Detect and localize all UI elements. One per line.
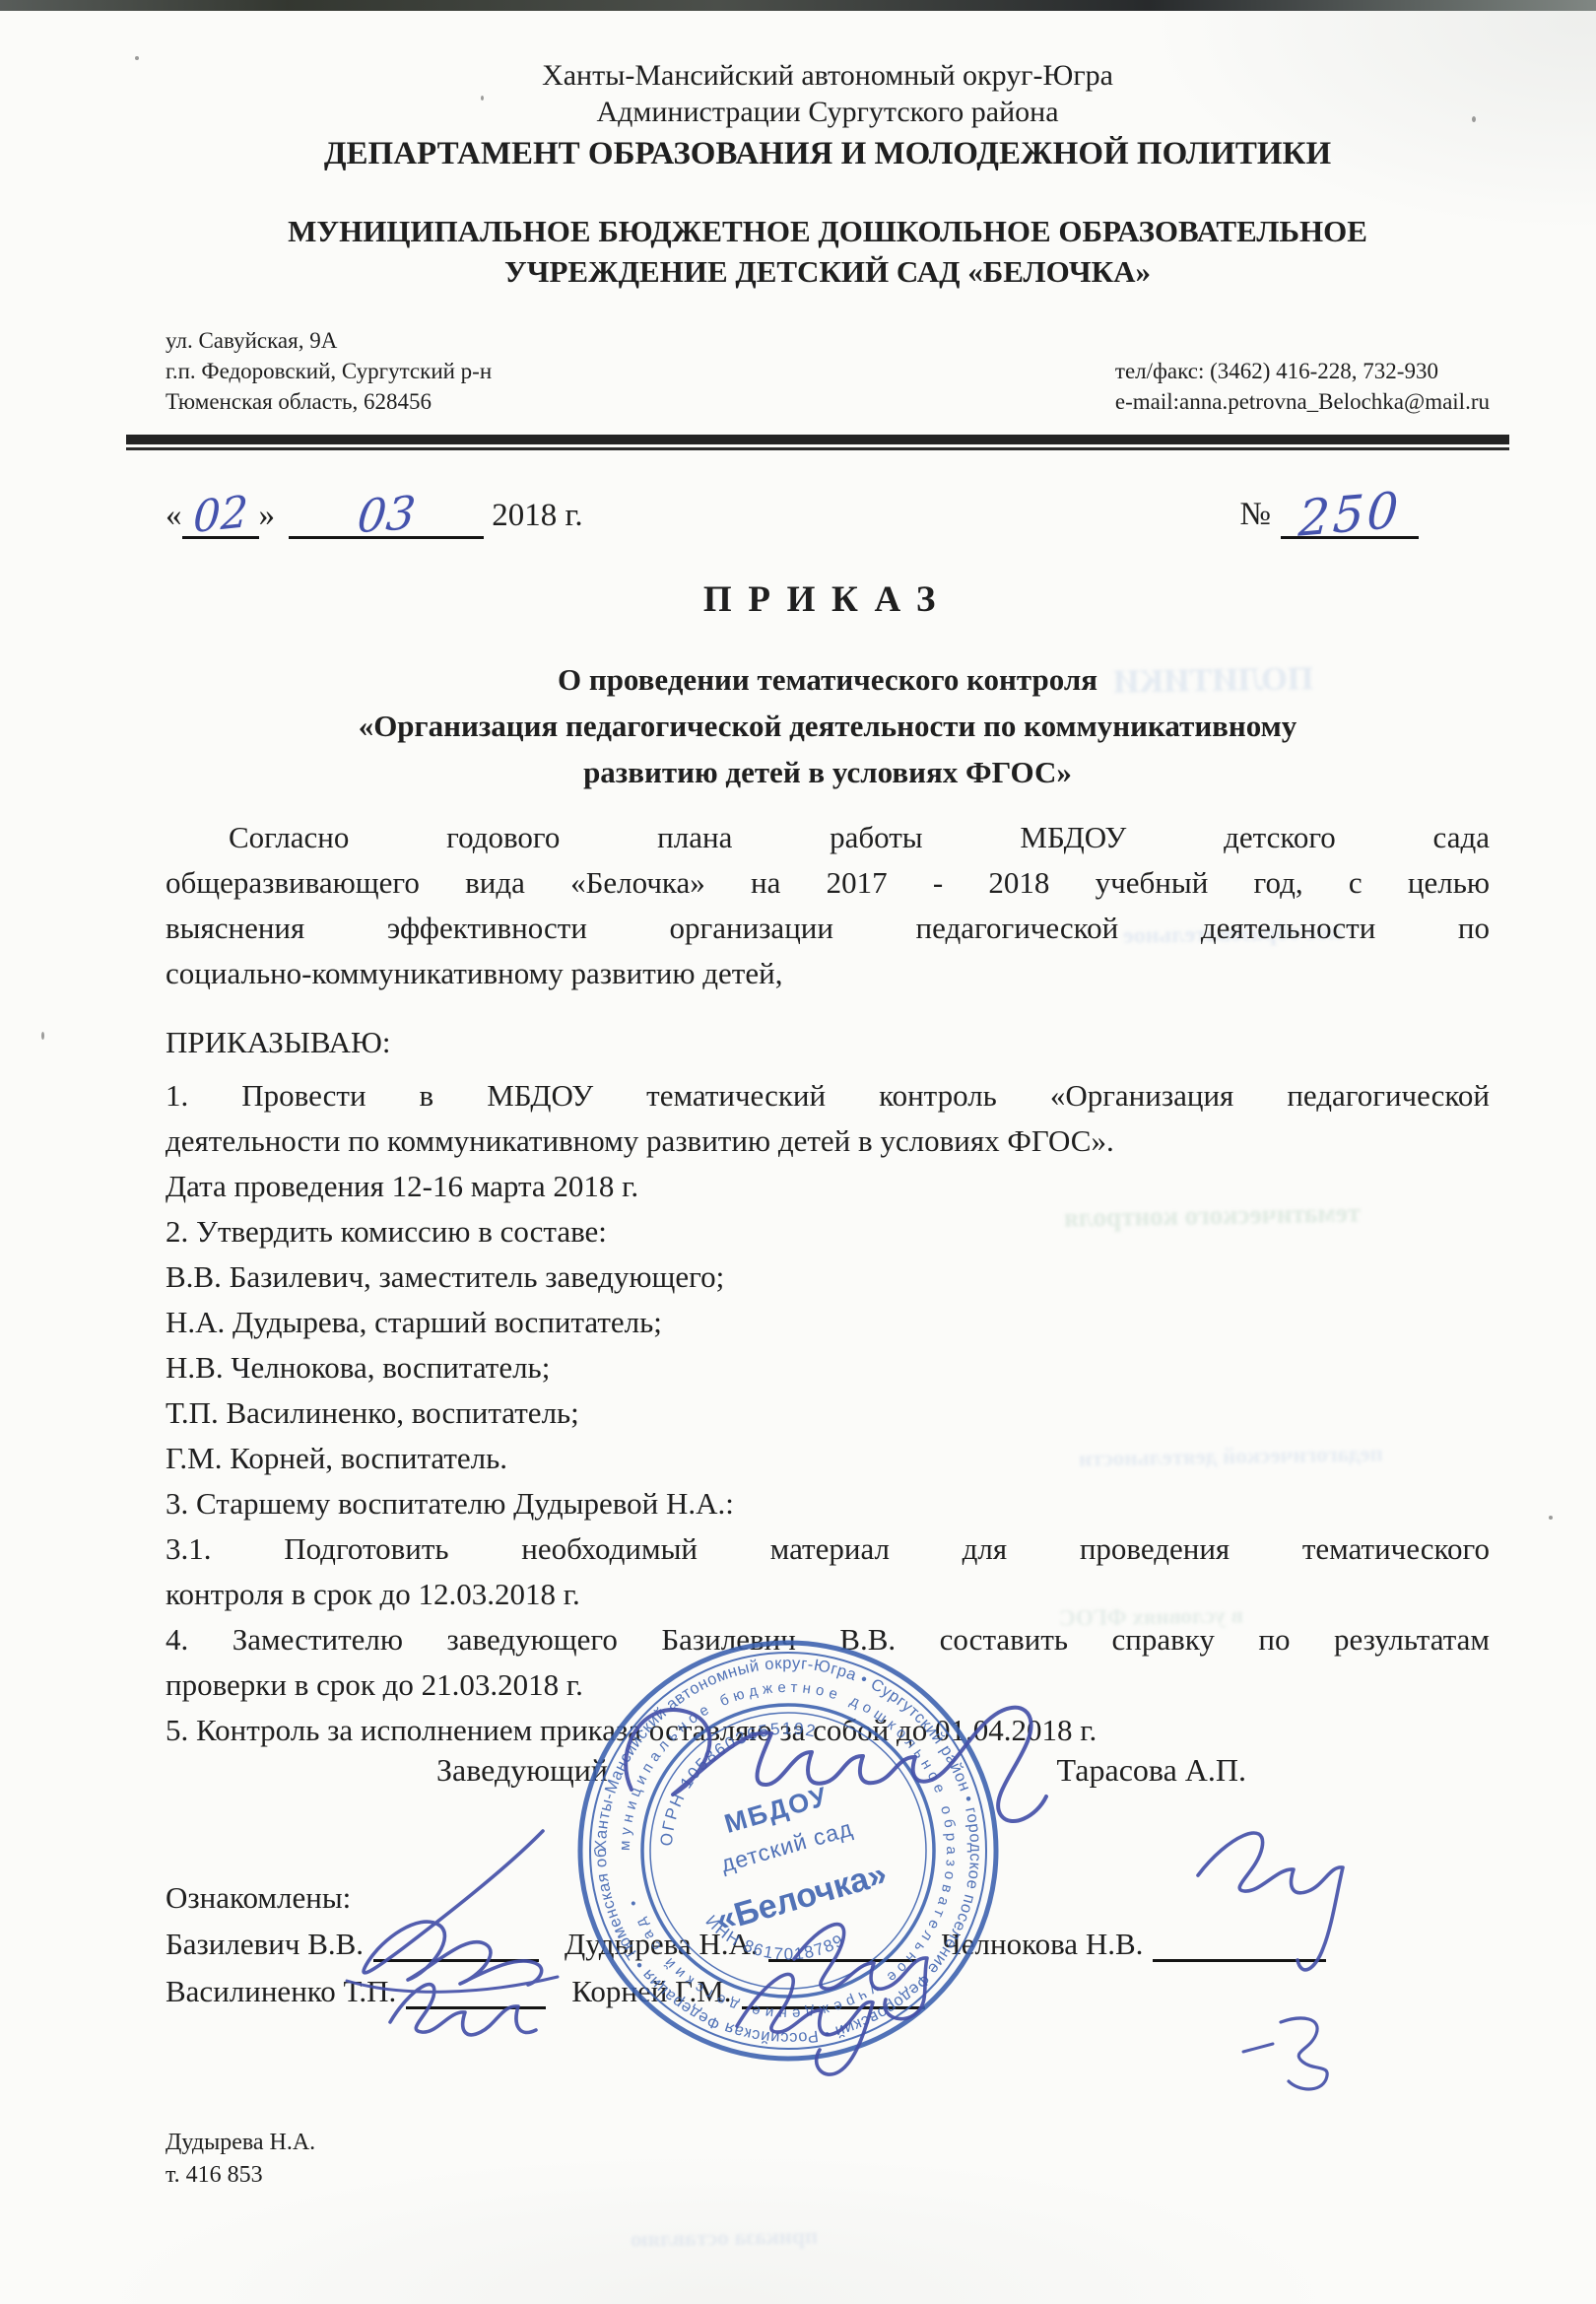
scan-speck [135, 56, 139, 60]
organization-name: МУНИЦИПАЛЬНОЕ БЮДЖЕТНОЕ ДОШКОЛЬНОЕ ОБРАЗ… [166, 211, 1490, 292]
intro-line: выяснения эффективности организации педа… [166, 906, 1490, 951]
signature-underline [373, 1924, 539, 1962]
intro-line: Согласно годового плана работы МБДОУ дет… [166, 815, 1490, 860]
address-block: ул. Савуйская, 9А г.п. Федоровский, Сург… [166, 325, 1490, 417]
intro-line: общеразвивающего вида «Белочка» на 2017 … [166, 860, 1490, 906]
number-slot: 250 [1281, 479, 1419, 539]
document-number: №250 [1240, 479, 1420, 539]
scan-speck [1549, 1516, 1553, 1520]
order-line: 2. Утвердить комиссию в составе: [166, 1209, 1490, 1254]
scanner-edge-artifact [0, 0, 1596, 11]
subject-line: развитию детей в условиях ФГОС» [166, 749, 1490, 795]
executor-block: Дудырева Н.А. т. 416 853 [166, 2127, 315, 2192]
email-line: e-mail:anna.petrovna_Belochka@mail.ru [1115, 386, 1490, 417]
department-line: ДЕПАРТАМЕНТ ОБРАЗОВАНИЯ И МОЛОДЕЖНОЙ ПОЛ… [166, 132, 1490, 175]
quote-open: « [166, 498, 182, 533]
order-line: Н.В. Челнокова, воспитатель; [166, 1345, 1490, 1390]
handwritten-month: 03 [355, 486, 418, 544]
scan-speck [481, 96, 484, 101]
acknowledged-label: Ознакомлены: [166, 1880, 351, 1916]
phone-fax-line: тел/факс: (3462) 416-228, 732-930 [1115, 356, 1490, 386]
order-line: Г.М. Корней, воспитатель. [166, 1436, 1490, 1481]
order-line: В.В. Базилевич, заместитель заведующего; [166, 1254, 1490, 1300]
signature-underline [406, 1971, 546, 2009]
order-line: Н.А. Дудырева, старший воспитатель; [166, 1300, 1490, 1345]
signature-chelnokova [1281, 2018, 1327, 2089]
day-slot: 02 [182, 486, 259, 539]
executor-phone: т. 416 853 [166, 2159, 315, 2192]
handwritten-number: 250 [1297, 481, 1402, 548]
order-line: Т.П. Василиненко, воспитатель; [166, 1390, 1490, 1436]
executor-name: Дудырева Н.А. [166, 2127, 315, 2159]
official-stamp: Ханты-Мансийский автономный округ-Югра •… [562, 1624, 1015, 2077]
separator-rule [126, 435, 1509, 450]
signature-chelnokova [1243, 2044, 1273, 2052]
postal-address: ул. Савуйская, 9А г.п. Федоровский, Сург… [166, 325, 492, 417]
resolve-heading: ПРИКАЗЫВАЮ: [166, 1020, 1490, 1065]
order-line: 3. Старшему воспитателю Дудыревой Н.А.: [166, 1481, 1490, 1526]
settlement-line: г.п. Федоровский, Сургутский р-н [166, 356, 492, 386]
letterhead: Ханты-Мансийский автономный округ-Югра А… [166, 57, 1490, 175]
order-line: 3.1. Подготовить необходимый материал дл… [166, 1526, 1490, 1572]
scan-speck [1472, 116, 1476, 122]
order-line: деятельности по коммуникативному развити… [166, 1118, 1490, 1164]
month-slot: 03 [289, 483, 484, 539]
document-title: ПРИКАЗ [166, 578, 1490, 621]
signature-underline [1153, 1924, 1326, 1962]
order-line: контроля в срок до 12.03.2018 г. [166, 1572, 1490, 1617]
dateline: «02»03 2018 г. №250 [166, 476, 1490, 539]
administration-line: Администрации Сургутского района [166, 94, 1490, 130]
intro-line: социально-коммуникативному развитию дете… [166, 951, 1490, 996]
org-name-line: УЧРЕЖДЕНИЕ ДЕТСКИЙ САД «БЕЛОЧКА» [166, 251, 1490, 292]
region-postcode-line: Тюменская область, 628456 [166, 386, 492, 417]
org-name-line: МУНИЦИПАЛЬНОЕ БЮДЖЕТНОЕ ДОШКОЛЬНОЕ ОБРАЗ… [166, 211, 1490, 251]
order-line: 1. Провести в МБДОУ тематический контрол… [166, 1073, 1490, 1118]
number-sign: № [1240, 497, 1272, 532]
scan-speck [41, 1032, 44, 1040]
subject-line: «Организация педагогической деятельности… [166, 703, 1490, 749]
subject-line: О проведении тематического контроля [166, 656, 1490, 703]
contacts: тел/факс: (3462) 416-228, 732-930 e-mail… [1115, 356, 1490, 417]
quote-close: » [259, 498, 276, 533]
scanned-order-document: ПОЛИТИКИ ное образовательное тематическо… [0, 0, 1596, 2304]
acknowledged-name: Василиненко Т.П. [166, 1974, 396, 2009]
street-line: ул. Савуйская, 9А [166, 325, 492, 356]
document-date: «02»03 2018 г. [166, 483, 583, 539]
order-line: Дата проведения 12-16 марта 2018 г. [166, 1164, 1490, 1209]
bleedthrough-artifact: приказа оставляю [631, 2223, 818, 2252]
handwritten-day: 02 [192, 487, 248, 543]
intro-paragraph: Согласно годового плана работы МБДОУ дет… [166, 815, 1490, 996]
signing-name: Тарасова А.П. [1057, 1752, 1246, 1789]
region-line: Ханты-Мансийский автономный округ-Югра [166, 57, 1490, 94]
year-label: 2018 г. [492, 498, 582, 533]
acknowledged-name: Базилевич В.В. [166, 1927, 364, 1962]
subject-block: О проведении тематического контроля «Орг… [166, 656, 1490, 795]
